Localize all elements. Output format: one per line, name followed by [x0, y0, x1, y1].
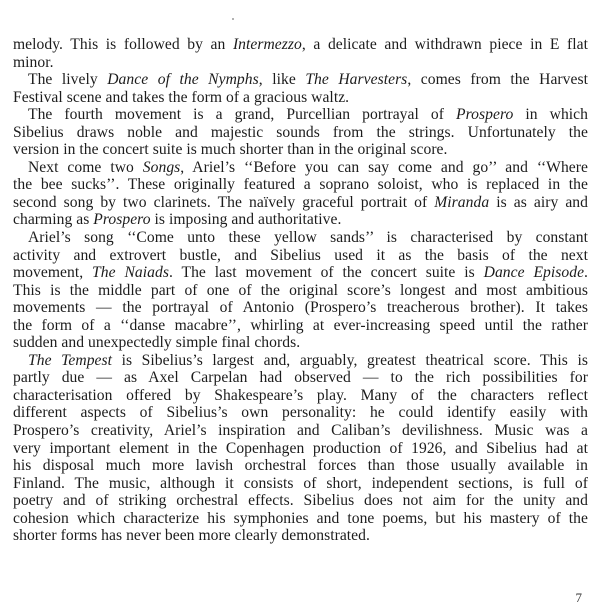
text-line: charming as Prospero is imposing and aut… — [13, 211, 588, 229]
text-line: activity and extrovert bustle, and Sibel… — [13, 247, 588, 265]
text-run: the form of a ‘‘danse macabre’’, whirlin… — [13, 317, 588, 334]
text-run: sudden and unexpectedly simple final cho… — [13, 334, 300, 351]
text-line: different aspects of Sibelius’s own pers… — [13, 404, 588, 422]
text-line: Festival scene and takes the form of a g… — [13, 89, 588, 107]
text-line: This is the middle part of one of the or… — [13, 282, 588, 300]
italic-title: Miranda — [434, 194, 489, 211]
italic-title: Prospero — [456, 106, 513, 123]
italic-title: Intermezzo — [233, 36, 302, 53]
text-run: Prospero’s creativity, Ariel’s inspirati… — [13, 422, 588, 439]
text-run: Finland. The music, although it consists… — [13, 475, 588, 492]
text-run: , like — [259, 71, 306, 88]
text-run: movements — the portrayal of Antonio (Pr… — [13, 299, 588, 316]
paragraph: melody. This is followed by an Intermezz… — [13, 36, 588, 71]
text-line: The fourth movement is a grand, Purcelli… — [13, 106, 588, 124]
text-line: Sibelius draws noble and majestic sounds… — [13, 124, 588, 142]
paragraph: Next come two Songs, Ariel’s ‘‘Before yo… — [13, 159, 588, 229]
text-run: is as airy and — [489, 194, 588, 211]
text-run: charming as — [13, 211, 93, 228]
text-run: poetry and of striking orchestral effect… — [13, 492, 588, 509]
text-run: . The last movement of the concert suite… — [169, 264, 484, 281]
text-run: Ariel’s song ‘‘Come unto these yellow sa… — [28, 229, 588, 246]
text-run: cohesion which characterize his symphoni… — [13, 510, 588, 527]
text-line: Prospero’s creativity, Ariel’s inspirati… — [13, 422, 588, 440]
text-run: is imposing and authoritative. — [151, 211, 342, 228]
text-run: , comes from the Harvest — [407, 71, 588, 88]
text-run: minor. — [13, 54, 54, 71]
text-run: the bee sucks’’. These originally featur… — [13, 176, 588, 193]
text-run: melody. This is followed by an — [13, 36, 233, 53]
text-line: Ariel’s song ‘‘Come unto these yellow sa… — [13, 229, 588, 247]
text-line: The Tempest is Sibelius’s largest and, a… — [13, 352, 588, 370]
text-run: second song by two clarinets. The naïvel… — [13, 194, 434, 211]
paragraph: The fourth movement is a grand, Purcelli… — [13, 106, 588, 159]
paragraph: The Tempest is Sibelius’s largest and, a… — [13, 352, 588, 545]
text-run: in which — [513, 106, 588, 123]
italic-title: Dance Episode — [484, 264, 584, 281]
text-line: shorter forms has never been more clearl… — [13, 527, 588, 545]
text-line: second song by two clarinets. The naïvel… — [13, 194, 588, 212]
text-run: movement, — [13, 264, 92, 281]
text-run: . — [584, 264, 588, 281]
document-body: melody. This is followed by an Intermezz… — [13, 36, 588, 545]
text-line: Next come two Songs, Ariel’s ‘‘Before yo… — [13, 159, 588, 177]
text-run: characterisation offered by Shakespeare’… — [13, 387, 588, 404]
text-run: Next come two — [28, 159, 143, 176]
scan-speck — [232, 18, 234, 20]
text-line: melody. This is followed by an Intermezz… — [13, 36, 588, 54]
italic-title: Dance of the Nymphs — [107, 71, 258, 88]
text-line: very important element in the Copenhagen… — [13, 440, 588, 458]
text-line: version in the concert suite is much sho… — [13, 141, 588, 159]
text-run: partly due — as Axel Carpelan had observ… — [13, 369, 588, 386]
italic-title: The Harvesters — [305, 71, 407, 88]
text-line: the form of a ‘‘danse macabre’’, whirlin… — [13, 317, 588, 335]
text-run: shorter forms has never been more clearl… — [13, 527, 370, 544]
italic-title: Songs — [143, 159, 181, 176]
text-line: movement, The Naiads. The last movement … — [13, 264, 588, 282]
text-run: Festival scene and takes the form of a g… — [13, 89, 349, 106]
text-run: This is the middle part of one of the or… — [13, 282, 588, 299]
text-run: The lively — [28, 71, 107, 88]
paragraph: Ariel’s song ‘‘Come unto these yellow sa… — [13, 229, 588, 352]
text-line: the bee sucks’’. These originally featur… — [13, 176, 588, 194]
text-run: different aspects of Sibelius’s own pers… — [13, 404, 588, 421]
text-run: his disposal much more lavish orchestral… — [13, 457, 588, 474]
text-line: The lively Dance of the Nymphs, like The… — [13, 71, 588, 89]
italic-title: Prospero — [93, 211, 150, 228]
text-run: version in the concert suite is much sho… — [13, 141, 447, 158]
text-run: is Sibelius’s largest and, arguably, gre… — [112, 352, 588, 369]
text-run: very important element in the Copenhagen… — [13, 440, 588, 457]
italic-title: The Naiads — [92, 264, 169, 281]
text-line: minor. — [13, 54, 588, 72]
text-line: movements — the portrayal of Antonio (Pr… — [13, 299, 588, 317]
text-line: sudden and unexpectedly simple final cho… — [13, 334, 588, 352]
text-line: characterisation offered by Shakespeare’… — [13, 387, 588, 405]
text-line: Finland. The music, although it consists… — [13, 475, 588, 493]
text-line: cohesion which characterize his symphoni… — [13, 510, 588, 528]
text-line: his disposal much more lavish orchestral… — [13, 457, 588, 475]
paragraph: The lively Dance of the Nymphs, like The… — [13, 71, 588, 106]
text-run: The fourth movement is a grand, Purcelli… — [28, 106, 456, 123]
page-number: 7 — [576, 590, 583, 606]
text-line: partly due — as Axel Carpelan had observ… — [13, 369, 588, 387]
text-run: Sibelius draws noble and majestic sounds… — [13, 124, 588, 141]
text-run: , a delicate and withdrawn piece in E fl… — [302, 36, 588, 53]
text-run: , Ariel’s ‘‘Before you can say come and … — [180, 159, 588, 176]
italic-title: The Tempest — [28, 352, 112, 369]
text-run: activity and extrovert bustle, and Sibel… — [13, 247, 588, 264]
text-line: poetry and of striking orchestral effect… — [13, 492, 588, 510]
